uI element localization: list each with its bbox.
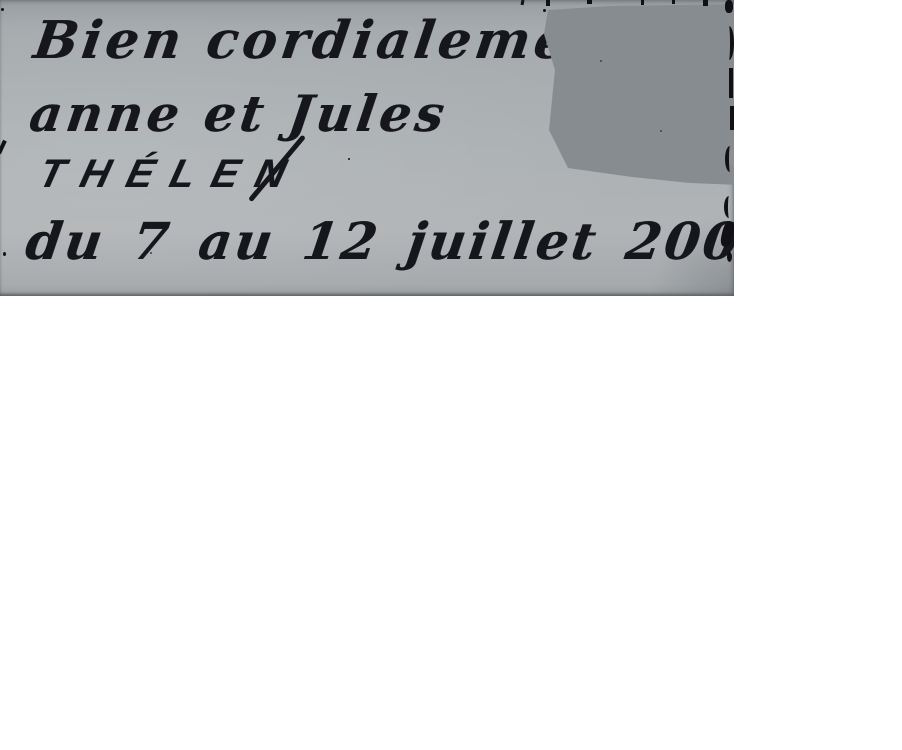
handwriting-line-2: anne et Jules [26, 84, 452, 143]
page-canvas: { "note": { "lines": [ "Bien cordialemen… [0, 0, 902, 750]
cutoff-ink-mark [724, 196, 734, 218]
cutoff-ink-mark [727, 252, 732, 262]
handwritten-note-photo: Bien cordialement anne et Jules THÉLEN d… [0, 0, 734, 296]
cutoff-ink-mark [521, 0, 525, 5]
cutoff-ink-mark [729, 68, 733, 98]
cutoff-ink-mark [724, 26, 734, 60]
cutoff-ink-mark [0, 140, 7, 154]
cutoff-ink-mark [546, 0, 550, 6]
cutoff-ink-mark [587, 0, 592, 4]
paper-speck [348, 158, 350, 160]
handwriting-line-3: THÉLEN [34, 152, 307, 197]
paper-speck [660, 130, 662, 132]
paper-speck [150, 252, 152, 254]
paper-speck [1, 8, 4, 11]
cutoff-ink-mark [725, 0, 733, 13]
paper-speck [543, 9, 546, 12]
cutoff-ink-mark [730, 106, 734, 130]
cutoff-ink-mark [703, 0, 708, 6]
cutoff-ink-mark [725, 146, 734, 172]
redaction-smudge [540, 2, 734, 188]
paper-speck [600, 60, 602, 62]
cutoff-ink-mark [672, 0, 675, 4]
cutoff-ink-mark [641, 0, 644, 5]
handwriting-line-4: du 7 au 12 juillet 2003 [22, 212, 734, 272]
paper-speck [3, 252, 6, 256]
